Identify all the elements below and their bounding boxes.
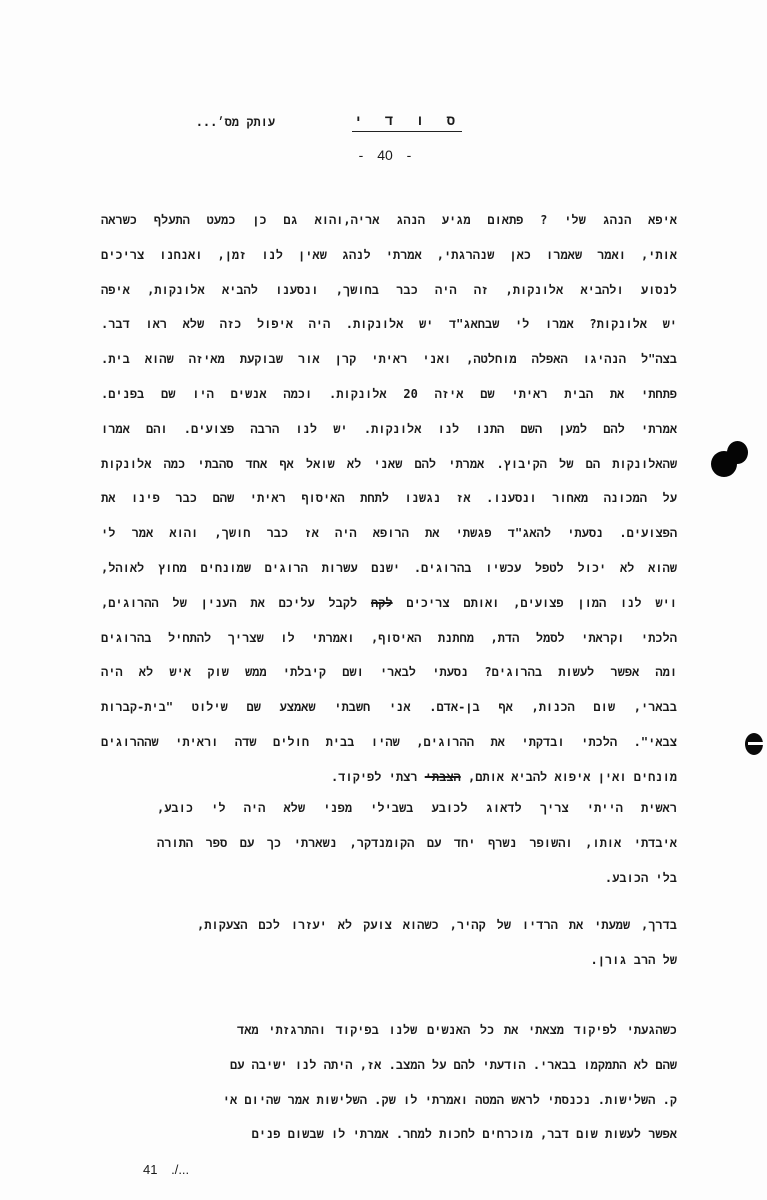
text-line: בלי הכובע. [157, 861, 677, 896]
text-line: צבאי". הלכתי ובדקתי את ההרוגים, שהיו בבי… [101, 725, 677, 760]
text-line: איבדתי אותו, והשופר נשרף יחד עם הקומנדקר… [157, 826, 677, 861]
paragraph-1: איפא הנהג שלי ? פתאום מגיע הנהג אריה,והו… [101, 203, 677, 795]
text-line: ראשית הייתי צריך לדאוג לכובע בשבילי מפני… [157, 791, 677, 826]
text-line: הפצועים. נסעתי להאג"ד פגשתי את הרופא היה… [101, 516, 677, 551]
page-number: - 40 - [340, 147, 430, 163]
text-line: אפשר לעשות שום דבר, מוכרחים לחכות למחר. … [237, 1117, 677, 1152]
text-line: בבארי, שום הכנות, אף בן-אדם. אני חשבתי ש… [101, 690, 677, 725]
paragraph-4: כשהגעתי לפיקוד מצאתי את כל האנשים שלנו ב… [237, 1013, 677, 1152]
text-line: בצה"ל הנהיגו האפלה מוחלטה, ואני ראיתי קר… [101, 342, 677, 377]
text-line: פתחתי את הבית ראיתי שם איזה 20 אלונקות. … [101, 377, 677, 412]
next-page-number: 41 [143, 1162, 157, 1177]
copy-number: עותק מס׳... [165, 115, 275, 130]
text-line: של הרב גורן. [197, 943, 677, 978]
text-line: ק. השלישות. נכנסתי לראש המטה ואמרתי לו ש… [237, 1083, 677, 1118]
classification-header: ס ו ד י [352, 113, 462, 132]
text-line: איפא הנהג שלי ? פתאום מגיע הנהג אריה,והו… [101, 203, 677, 238]
struck-word: הצבתי [425, 770, 461, 784]
text-line: אותי, ואמר שאמרו כאן שנהרגתי, אמרתי לנהג… [101, 238, 677, 273]
text-line: על המכונה מאחור ונסענו. אז נגשנו לתחת הא… [101, 481, 677, 516]
struck-word: לקח [371, 596, 393, 610]
text-line: ויש לנו המון פצועים, ואותם צריכים לקח לק… [101, 586, 677, 621]
text-line: שהוא לא יכול לטפל עכשיו בהרוגים. ישנם עש… [101, 551, 677, 586]
text-line: ומה אפשר לעשות בהרוגים? נסעתי לבארי ושם … [101, 655, 677, 690]
text-line: שהאלונקות הם של הקיבוץ. אמרתי להם שאני ל… [101, 447, 677, 482]
paragraph-3: בדרך, שמעתי את הרדיו של קהיר, כשהוא צועק… [197, 908, 677, 978]
text-line: שהם לא התמקמו בבארי. הודעתי להם על המצב.… [237, 1048, 677, 1083]
text-line: יש אלונקות? אמרו לי שבחאג"ד יש אלונקות. … [101, 307, 677, 342]
continuation-mark: ./... [171, 1162, 189, 1177]
paragraph-2: ראשית הייתי צריך לדאוג לכובע בשבילי מפני… [157, 791, 677, 895]
text-line: לנסוע ולהביא אלונקות, זה היה כבר בחושך, … [101, 273, 677, 308]
text-line: בדרך, שמעתי את הרדיו של קהיר, כשהוא צועק… [197, 908, 677, 943]
text-line: הלכתי וקראתי לסמל הדת, מחתנת האיסוף, ואמ… [101, 621, 677, 656]
document-page: ס ו ד י עותק מס׳... - 40 - איפא הנהג שלי… [0, 0, 767, 1200]
binder-hole-mark [727, 441, 748, 464]
text-line: כשהגעתי לפיקוד מצאתי את כל האנשים שלנו ב… [237, 1013, 677, 1048]
text-line: מונחים ואין איפוא להביא אותם, הצבתי רצתי… [101, 760, 677, 795]
page-footer: 41 ./... [143, 1162, 189, 1177]
text-line: אמרתי להם למען השם התנו לנו אלונקות. יש … [101, 412, 677, 447]
binder-hole-mark [745, 733, 763, 755]
